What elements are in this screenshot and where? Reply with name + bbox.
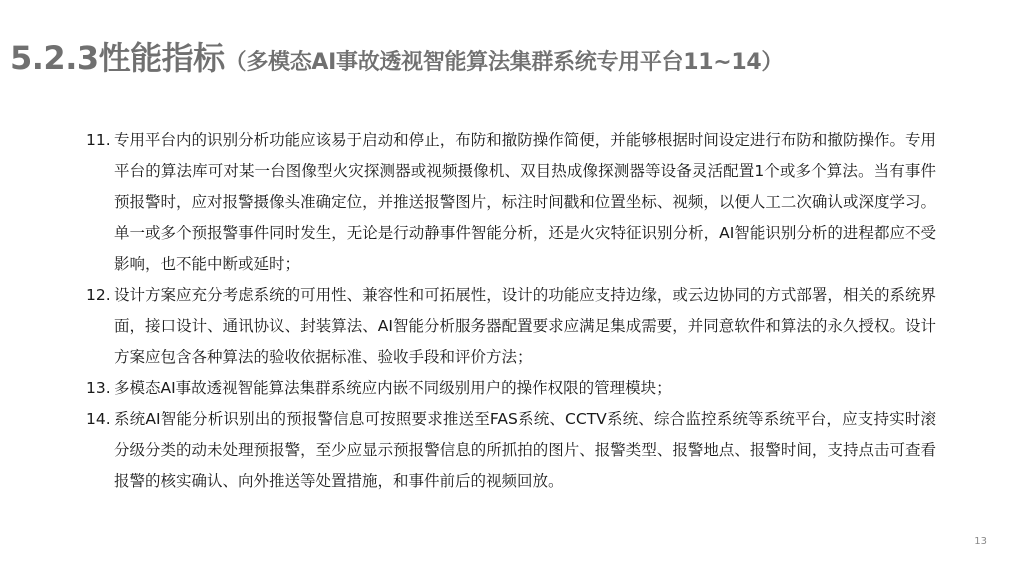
list-item-14: 14. 系统AI智能分析识别出的预报警信息可按照要求推送至FAS系统、CCTV系… — [86, 404, 936, 497]
page-number: 13 — [974, 536, 987, 547]
list-item-12: 12. 设计方案应充分考虑系统的可用性、兼容性和可拓展性，设计的功能应支持边缘，… — [86, 280, 936, 373]
slide-title-main: 5.2.3性能指标 — [10, 39, 225, 77]
list-item-number: 14. — [86, 404, 114, 497]
list-item-text: 专用平台内的识别分析功能应该易于启动和停止，布防和撤防操作简便，并能够根据时间设… — [114, 125, 936, 280]
list-item-text: 系统AI智能分析识别出的预报警信息可按照要求推送至FAS系统、CCTV系统、综合… — [114, 404, 936, 497]
list-item-text: 多模态AI事故透视智能算法集群系统应内嵌不同级别用户的操作权限的管理模块； — [114, 373, 936, 404]
slide-title-subtitle: （多模态AI事故透视智能算法集群系统专用平台11~14） — [225, 50, 783, 75]
list-item-11: 11. 专用平台内的识别分析功能应该易于启动和停止，布防和撤防操作简便，并能够根… — [86, 125, 936, 280]
requirements-list: 11. 专用平台内的识别分析功能应该易于启动和停止，布防和撤防操作简便，并能够根… — [86, 125, 936, 497]
list-item-number: 12. — [86, 280, 114, 373]
slide-title: 5.2.3性能指标（多模态AI事故透视智能算法集群系统专用平台11~14） — [10, 36, 783, 86]
list-item-text: 设计方案应充分考虑系统的可用性、兼容性和可拓展性，设计的功能应支持边缘，或云边协… — [114, 280, 936, 373]
list-item-number: 13. — [86, 373, 114, 404]
list-item-13: 13. 多模态AI事故透视智能算法集群系统应内嵌不同级别用户的操作权限的管理模块… — [86, 373, 936, 404]
list-item-number: 11. — [86, 125, 114, 280]
